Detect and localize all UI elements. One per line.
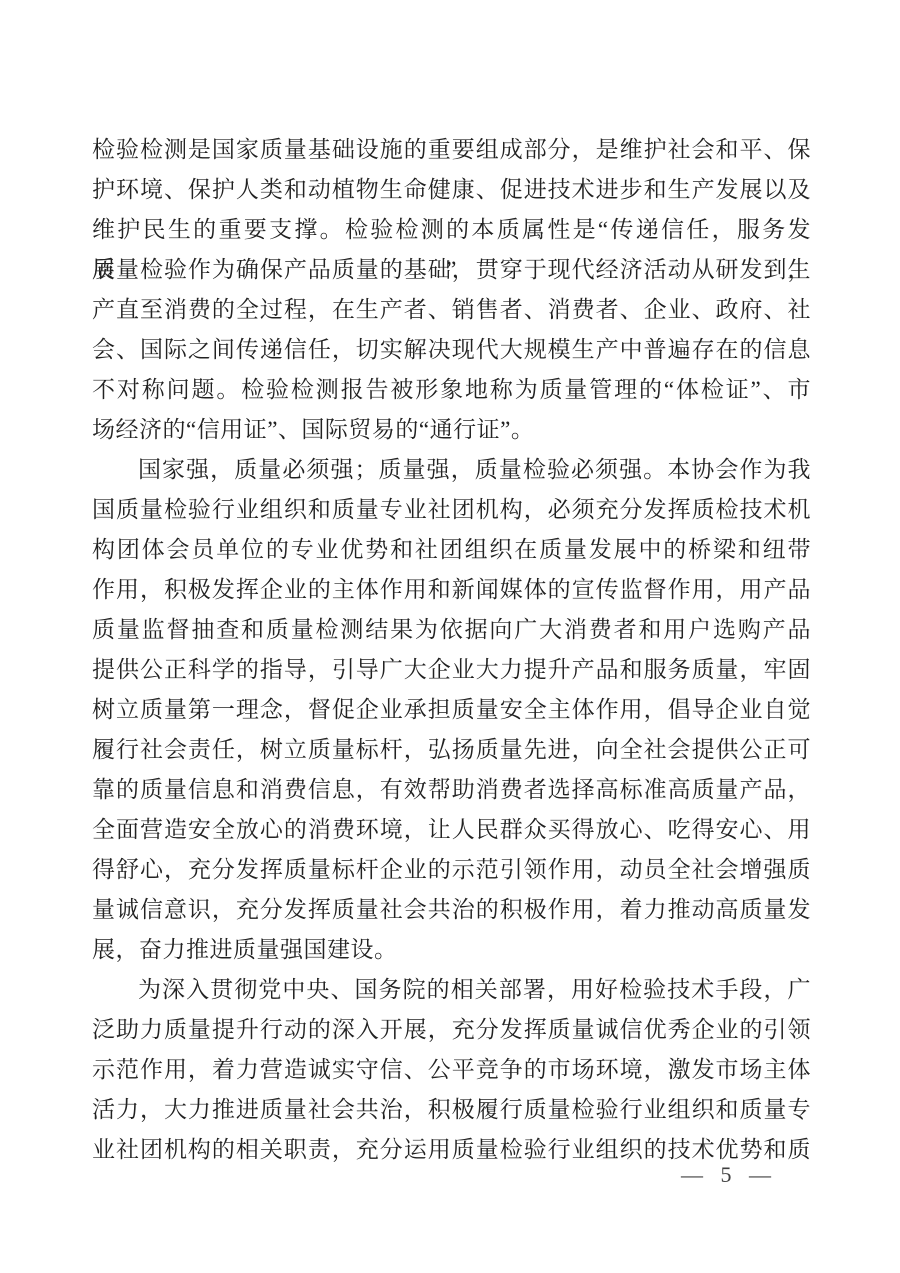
- text-line: 会、国际之间传递信任，切实解决现代大规模生产中普遍存在的信息: [92, 330, 811, 370]
- text-line: 泛助力质量提升行动的深入开展，充分发挥质量诚信优秀企业的引领: [92, 1010, 811, 1050]
- document-page: 检验检测是国家质量基础设施的重要组成部分，是维护社会和平、保护环境、保护人类和动…: [0, 0, 900, 1273]
- text-line: 质量监督抽查和质量检测结果为依据向广大消费者和用户选购产品: [92, 610, 811, 650]
- body-text: 检验检测是国家质量基础设施的重要组成部分，是维护社会和平、保护环境、保护人类和动…: [92, 130, 811, 1170]
- text-line: 为深入贯彻党中央、国务院的相关部署，用好检验技术手段，广: [92, 970, 811, 1010]
- text-line: 质量检验作为确保产品质量的基础，贯穿于现代经济活动从研发到生: [92, 250, 811, 290]
- text-line: 国质量检验行业组织和质量专业社团机构，必须充分发挥质检技术机: [92, 490, 811, 530]
- text-line: 产直至消费的全过程，在生产者、销售者、消费者、企业、政府、社: [92, 290, 811, 330]
- text-line: 全面营造安全放心的消费环境，让人民群众买得放心、吃得安心、用: [92, 810, 811, 850]
- text-line: 作用，积极发挥企业的主体作用和新闻媒体的宣传监督作用，用产品: [92, 570, 811, 610]
- text-line: 展，奋力推进质量强国建设。: [92, 930, 811, 970]
- text-line: 示范作用，着力营造诚实守信、公平竞争的市场环境，激发市场主体: [92, 1050, 811, 1090]
- text-line: 护环境、保护人类和动植物生命健康、促进技术进步和生产发展以及: [92, 170, 811, 210]
- text-line: 国家强，质量必须强；质量强，质量检验必须强。本协会作为我: [92, 450, 811, 490]
- text-line: 不对称问题。检验检测报告被形象地称为质量管理的“体检证”、市: [92, 370, 811, 410]
- text-line: 得舒心，充分发挥质量标杆企业的示范引领作用，动员全社会增强质: [92, 850, 811, 890]
- text-line: 构团体会员单位的专业优势和社团组织在质量发展中的桥梁和纽带: [92, 530, 811, 570]
- text-line: 靠的质量信息和消费信息，有效帮助消费者选择高标准高质量产品，: [92, 770, 811, 810]
- text-line: 维护民生的重要支撑。检验检测的本质属性是“传递信任，服务发展”，: [92, 210, 811, 250]
- text-line: 检验检测是国家质量基础设施的重要组成部分，是维护社会和平、保: [92, 130, 811, 170]
- text-line: 履行社会责任，树立质量标杆，弘扬质量先进，向全社会提供公正可: [92, 730, 811, 770]
- document-body: { "document": { "body": { "lines": [ {"t…: [0, 0, 900, 1273]
- text-line: 场经济的“信用证”、国际贸易的“通行证”。: [92, 410, 811, 450]
- text-line: 活力，大力推进质量社会共治，积极履行质量检验行业组织和质量专: [92, 1090, 811, 1130]
- page-number: — 5 —: [681, 1162, 772, 1188]
- text-line: 提供公正科学的指导，引导广大企业大力提升产品和服务质量，牢固: [92, 650, 811, 690]
- text-line: 树立质量第一理念，督促企业承担质量安全主体作用，倡导企业自觉: [92, 690, 811, 730]
- text-line: 量诚信意识，充分发挥质量社会共治的积极作用，着力推动高质量发: [92, 890, 811, 930]
